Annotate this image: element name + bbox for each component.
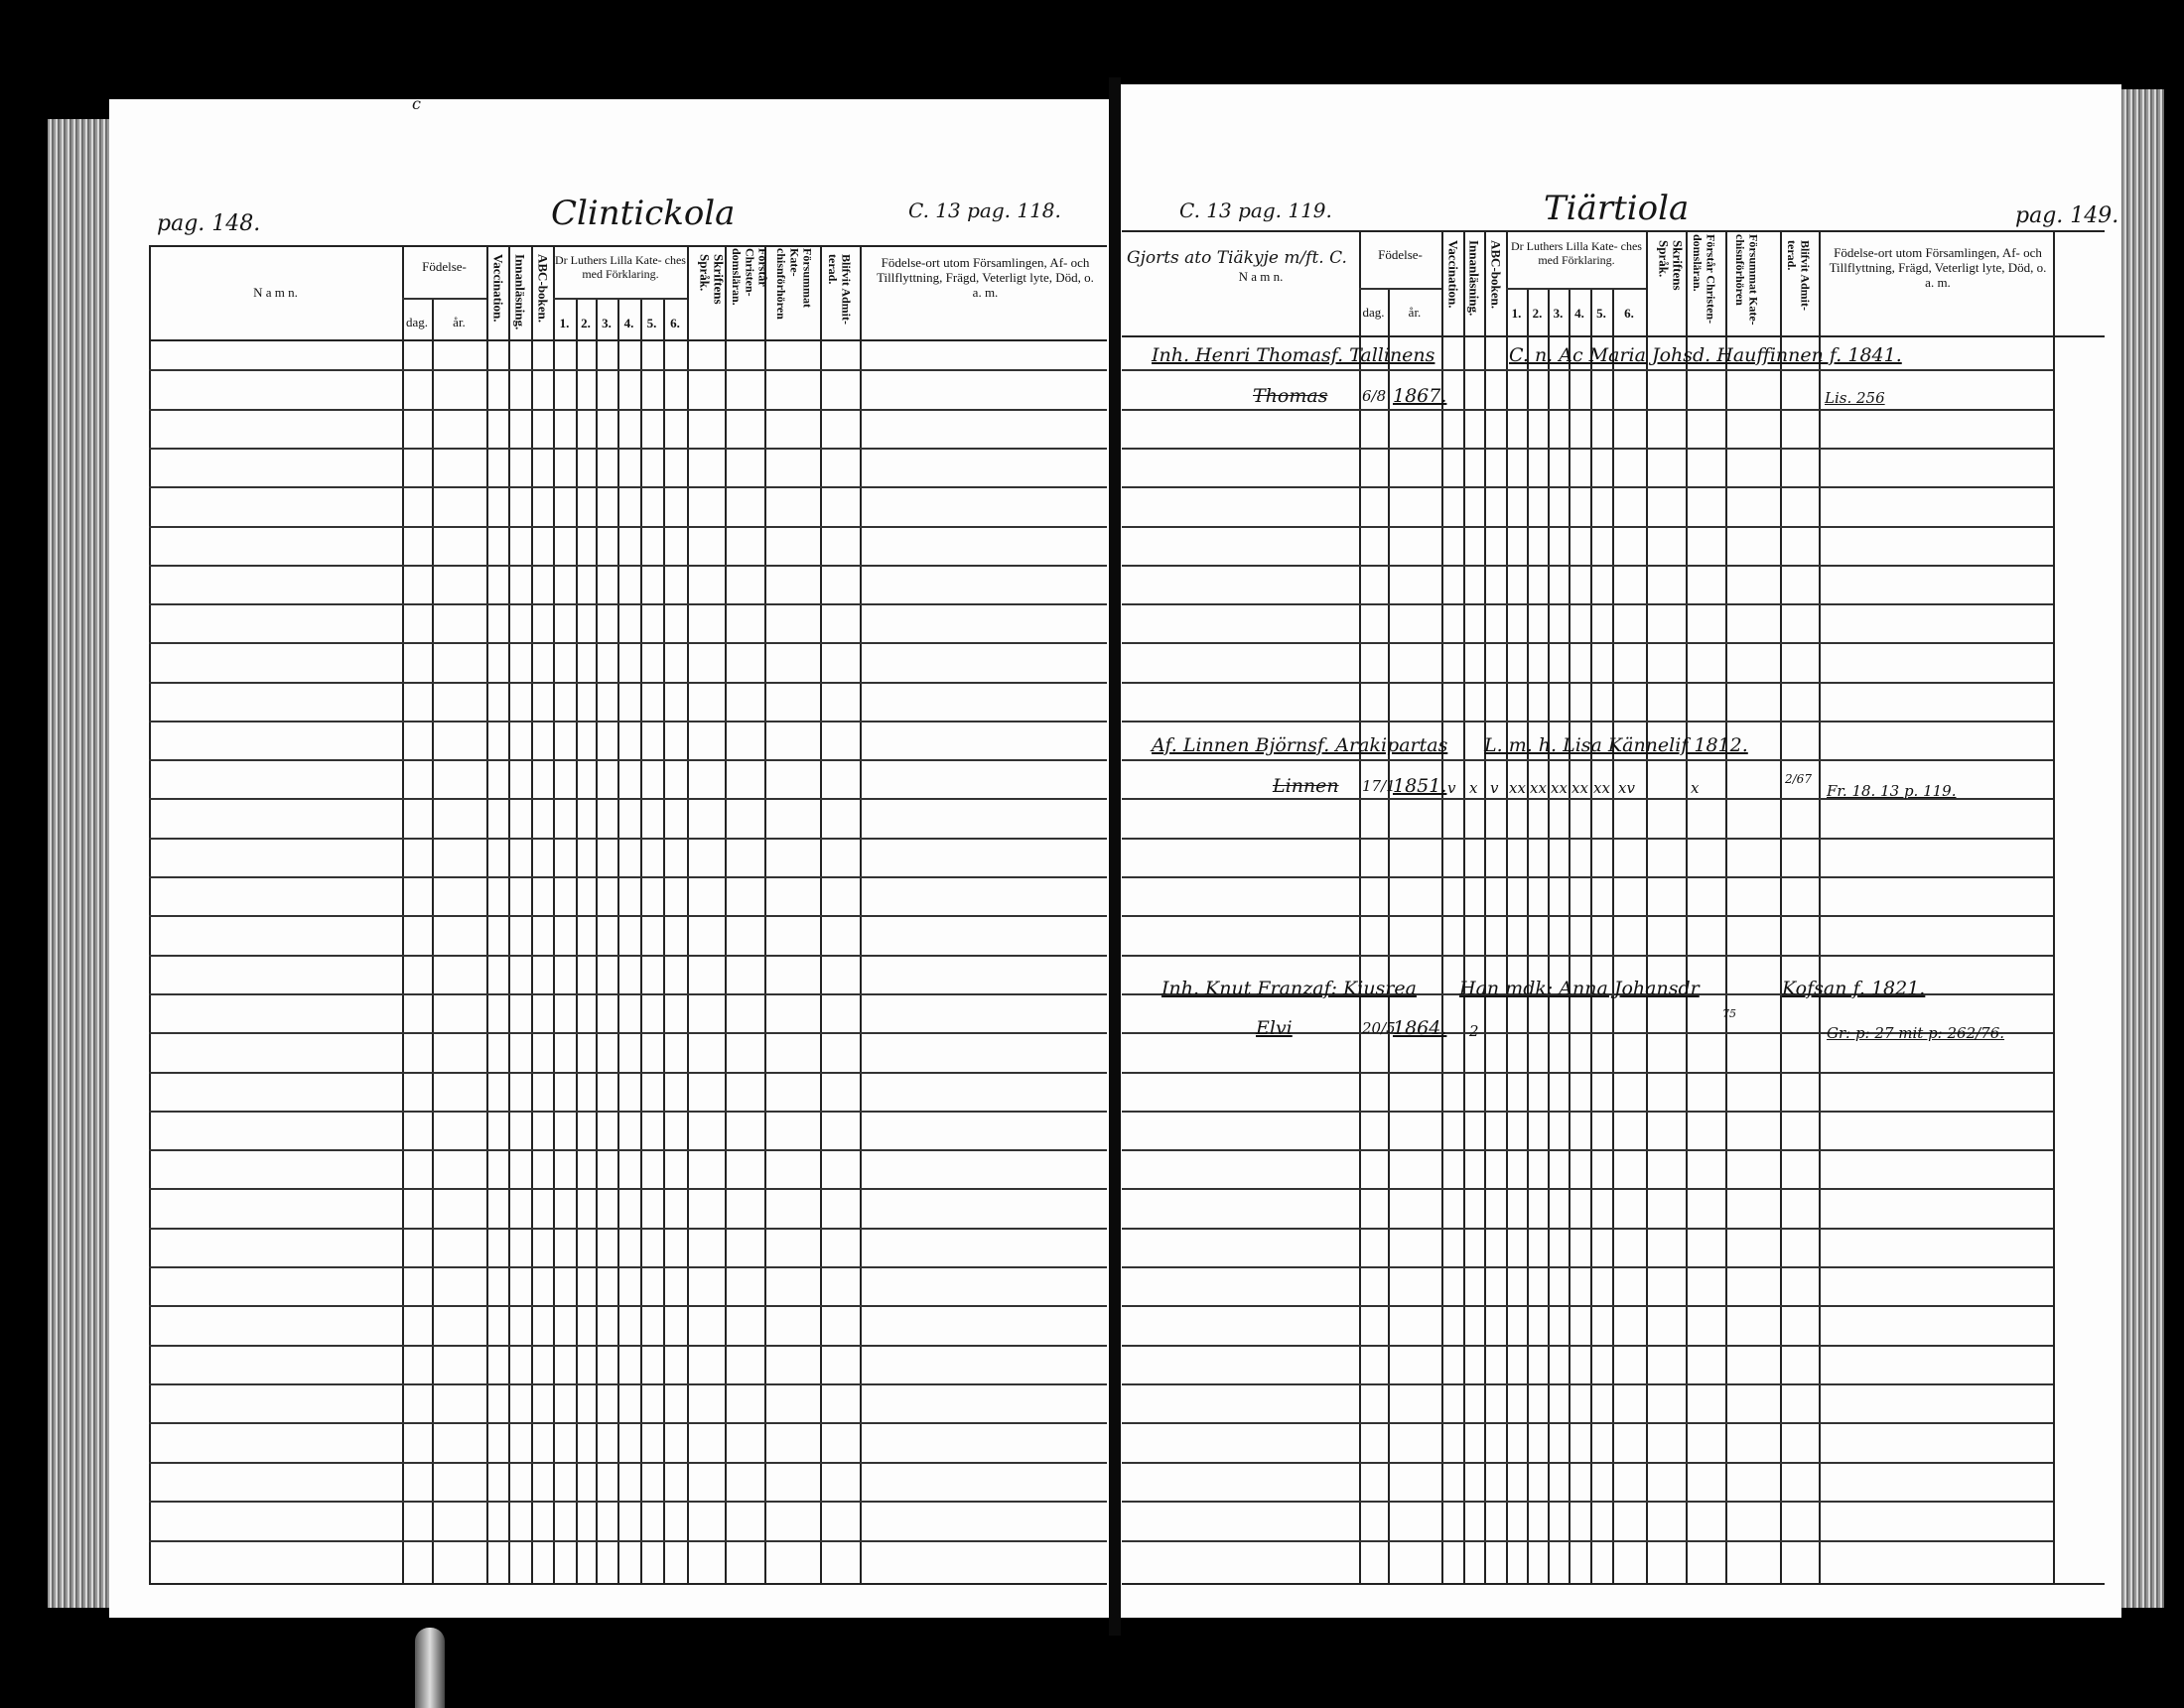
left-cross-reference: C. 13 pag. 118. — [908, 198, 1061, 222]
entry-1-household-line: Inh. Henri Thomasf. Tallinens — [1152, 344, 1434, 366]
book-spine — [1109, 77, 1121, 1636]
right-header-forstar: Förstår Christen- domsläran. — [1691, 234, 1716, 329]
entry-2-cat-1-mark: xx — [1509, 779, 1526, 797]
left-header-birth-day: dag. — [402, 316, 432, 330]
entry-3-household-line-cont: Han mdk: Anna Johansdr — [1459, 978, 1700, 999]
entry-1-birth-day: 6/8 — [1362, 387, 1386, 405]
entry-2-birth-year: 1851. — [1393, 775, 1446, 797]
left-header-abc: ABC-boken. — [535, 254, 549, 335]
entry-3-innanlasning-mark: 2 — [1469, 1022, 1479, 1040]
right-cat-col-5: 5. — [1590, 306, 1612, 322]
right-cat-col-6: 6. — [1612, 306, 1646, 322]
right-header-skriftens: Skriftens Språk. — [1656, 240, 1685, 329]
left-header-catechism: Dr Luthers Lilla Kate- ches med Förklari… — [554, 254, 687, 282]
entry-2-remarks: Fr. 18. 13 p. 119. — [1827, 782, 1956, 800]
entry-3-small-note: 75 — [1722, 1007, 1736, 1020]
entry-2-vaccination-mark: v — [1447, 779, 1455, 797]
right-cat-col-4: 4. — [1569, 306, 1590, 322]
right-cat-col-2: 2. — [1527, 306, 1548, 322]
entry-3-household-line-cont2: Kofsan f. 1821. — [1782, 978, 1925, 999]
entry-2-cat-4-mark: xx — [1571, 779, 1588, 797]
left-header-vaccination: Vaccination. — [490, 254, 504, 335]
right-header-birth: Födelse- — [1359, 248, 1441, 263]
right-cat-col-1: 1. — [1506, 306, 1527, 322]
entry-2-cat-6-mark: xv — [1618, 779, 1635, 797]
entry-3-birth-year: 1864. — [1393, 1017, 1446, 1039]
entry-1-name: Thomas — [1253, 385, 1327, 407]
left-cat-col-6: 6. — [663, 316, 687, 331]
entry-2-cat-2-mark: xx — [1530, 779, 1547, 797]
right-header-catechism: Dr Luthers Lilla Kate- ches med Förklari… — [1507, 240, 1646, 268]
left-header-forstar: Förstår Christen- domsläran. — [730, 248, 769, 335]
left-header-skriftens: Skriftens Språk. — [697, 254, 726, 335]
right-place-heading: Tiärtiola — [1544, 189, 1689, 228]
entry-1-birth-year: 1867. — [1393, 385, 1446, 407]
left-cat-col-4: 4. — [617, 316, 640, 331]
book-clip — [415, 1628, 445, 1708]
entry-2-cat-3-mark: xx — [1551, 779, 1568, 797]
entry-2-name: Linnen — [1273, 775, 1339, 797]
entry-2-household-line-cont: L. m. h. Lisa Kännelif 1812. — [1484, 734, 1748, 756]
left-header-innanlasning: Innanläsning. — [512, 254, 526, 335]
entry-3-name: Elvi — [1256, 1017, 1293, 1039]
entry-3-remarks: Gr: p: 27 mit p: 262/76. — [1827, 1024, 2004, 1042]
entry-3-household-line: Inh. Knut Franzaf: Kiusrea — [1161, 978, 1417, 999]
entry-1-household-line-cont: C. n. Ac Maria Johsd. Hauffinnen f. 1841… — [1509, 344, 1902, 366]
right-header-innanlasning: Innanläsning. — [1466, 240, 1480, 329]
left-header-birth-year: år. — [432, 316, 486, 330]
right-header-remarks: Födelse-ort utom Församlingen, Af- och T… — [1829, 246, 2047, 291]
entry-2-birth-day: 17/1 — [1362, 777, 1396, 795]
entry-2-cat-5-mark: xx — [1593, 779, 1610, 797]
left-cat-col-3: 3. — [596, 316, 617, 331]
left-header-name: N a m n. — [149, 286, 402, 301]
left-cat-col-1: 1. — [553, 316, 576, 331]
right-header-name-note: Gjorts ato Tiäkyje m/ft. C. — [1127, 248, 1347, 268]
entry-2-abc-mark: v — [1490, 779, 1498, 797]
right-header-vaccination: Vaccination. — [1445, 240, 1459, 329]
entry-3-birth-day: 20/5 — [1362, 1019, 1396, 1037]
left-cat-col-2: 2. — [576, 316, 596, 331]
right-header-birth-day: dag. — [1359, 306, 1388, 321]
left-header-birth: Födelse- — [402, 260, 486, 275]
entry-2-innanlasning-mark: x — [1469, 779, 1477, 797]
right-header-admitterad: Blifvit Admit- terad. — [1785, 240, 1811, 329]
right-cross-reference: C. 13 pag. 119. — [1179, 198, 1332, 222]
left-page-number: pag. 148. — [157, 211, 260, 236]
right-header-birth-year: år. — [1388, 306, 1441, 321]
entry-2-admitted: 2/67 — [1785, 772, 1812, 786]
right-cat-col-3: 3. — [1548, 306, 1569, 322]
left-header-admitterad: Blifvit Admit- terad. — [826, 254, 852, 335]
right-header-abc: ABC-boken. — [1488, 240, 1502, 329]
left-stray-mark: c — [412, 94, 421, 113]
entry-2-household-line: Af. Linnen Björnsf. Arakipartas — [1152, 734, 1447, 756]
left-header-forsummat: Försummat Kate- chisnförhören — [774, 248, 814, 335]
left-book-edge — [48, 119, 117, 1608]
entry-1-remarks: Lis. 256 — [1825, 389, 1885, 407]
entry-2-skriftens-mark: x — [1691, 779, 1699, 797]
right-page-number: pag. 149. — [2015, 203, 2118, 228]
left-header-remarks: Födelse-ort utom Församlingen, Af- och T… — [874, 256, 1097, 301]
left-cat-col-5: 5. — [640, 316, 663, 331]
right-header-name: N a m n. — [1191, 270, 1330, 285]
left-place-heading: Clintickola — [551, 194, 735, 233]
right-header-forsummat: Försummat Kate- chisnförhören — [1733, 234, 1759, 329]
